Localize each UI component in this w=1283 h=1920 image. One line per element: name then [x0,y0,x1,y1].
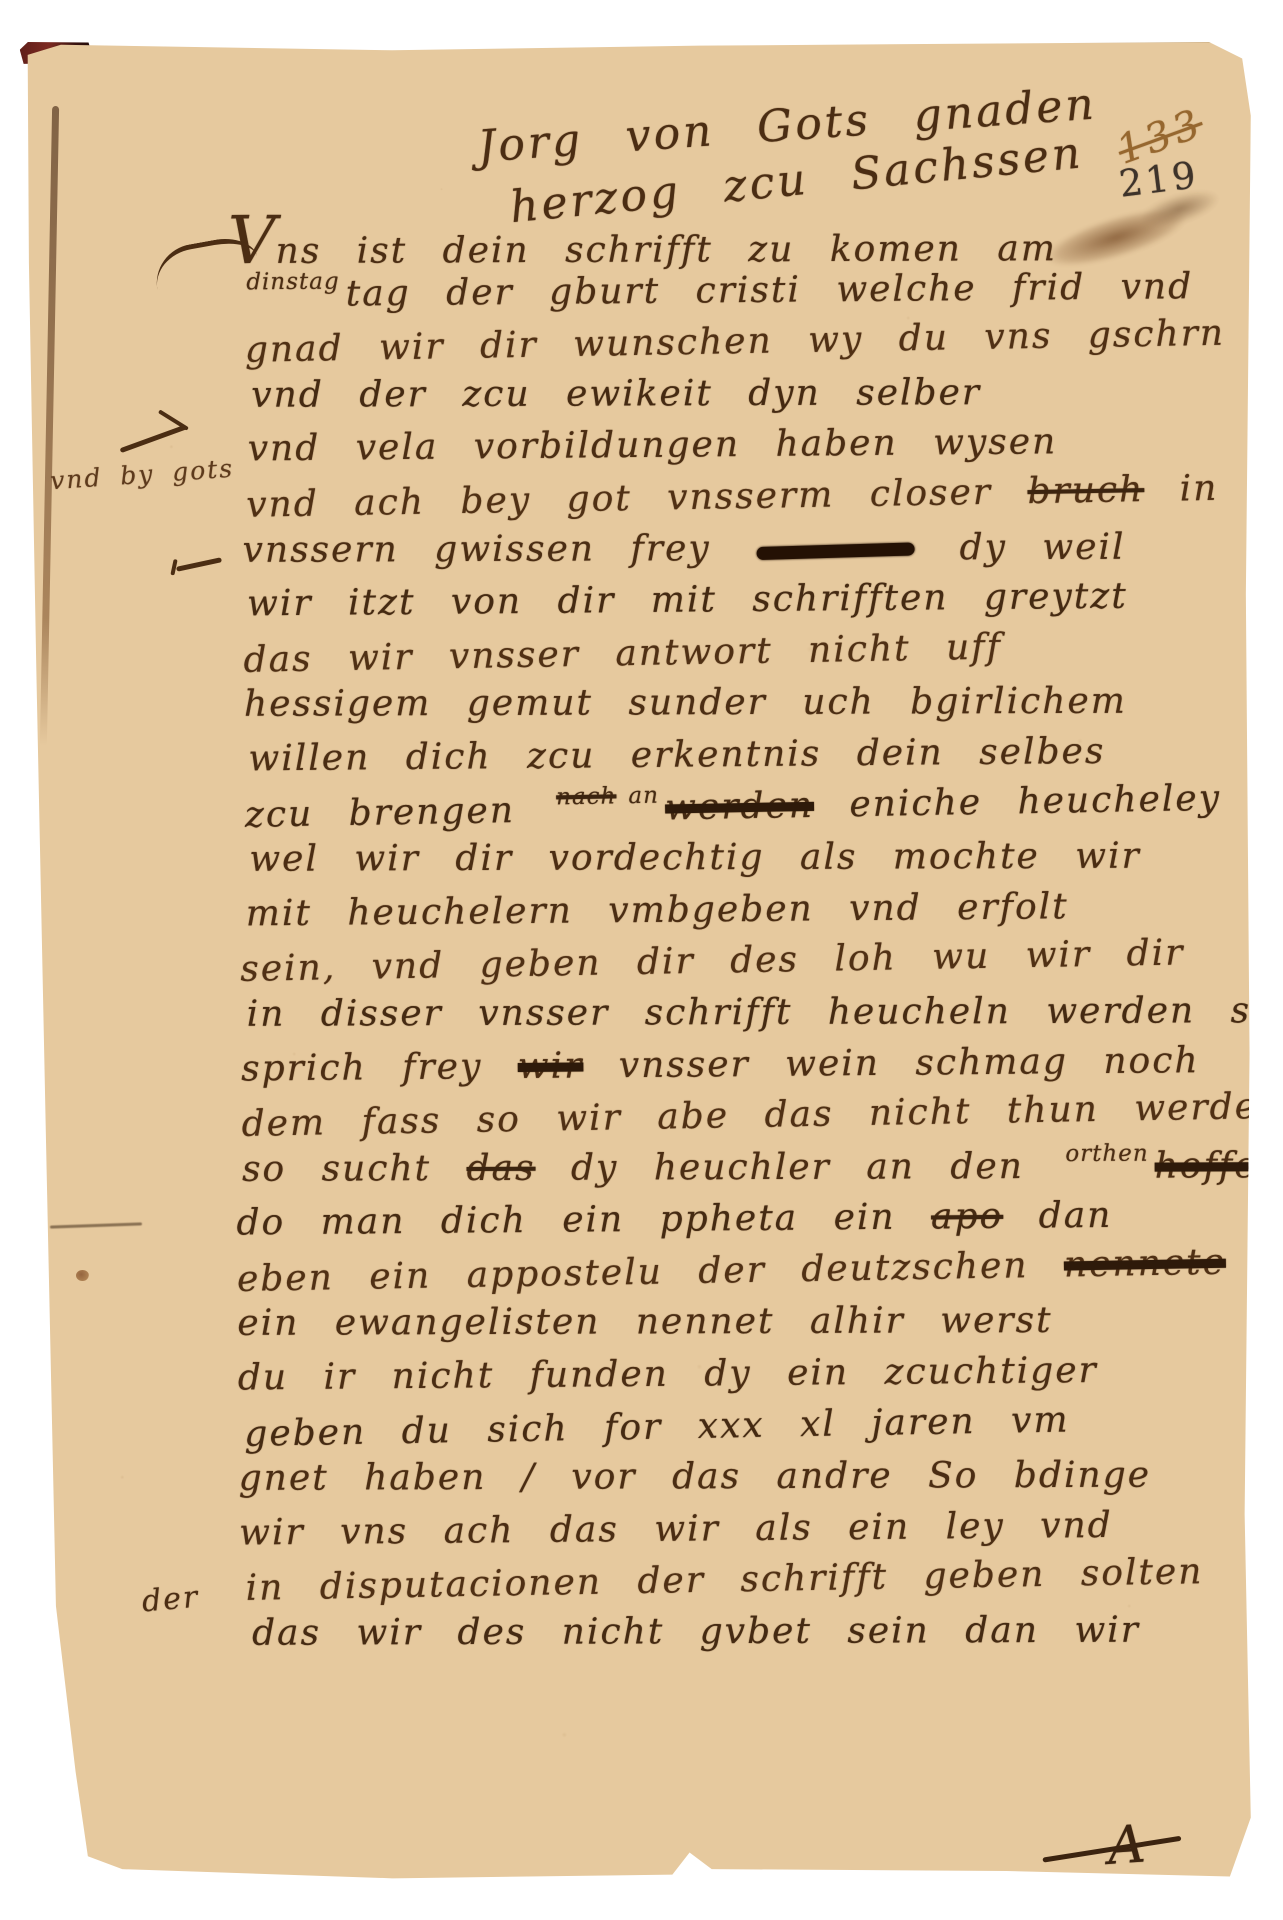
interlinear-insertion: an [628,795,659,796]
scan-background: Jorg von Gots gnaden herzog zcu Sachssen… [0,0,1283,1920]
struck-text: werden [665,784,815,828]
handwritten-text: vnd ach bey got vnsserm closer [246,471,1028,526]
handwritten-text: eben ein appostelu der deutzschen [237,1244,1065,1299]
handwritten-text: gnet haben / vor das andre So bdinge [239,1455,1151,1499]
handwritten-text: hessigem gemut sunder uch bgirlichem [244,681,1127,725]
text-line: gnet haben / vor das andre So bdinge [239,1450,1257,1505]
handwritten-text: sprich frey [241,1046,518,1089]
handwritten-text: zcu brengen [245,789,551,835]
handwritten-text: geben du sich for xxx xl jaren vm [244,1399,1070,1454]
text-line: ein ewangelisten nennet alhir werst [237,1295,1255,1350]
handwritten-text: gnad wir dir wunschen wy du vns gschrn [245,313,1226,371]
interlinear-insertion: dinstag [246,281,339,282]
text-line: vnssern gwissen frey dy weil [243,521,1249,576]
text-line: hessigem gemut sunder uch bgirlichem [244,676,1250,731]
edge-stain [1260,986,1274,1044]
handwritten-text: ein ewangelisten nennet alhir werst [237,1300,1052,1344]
handwritten-text: mit heuchelern vmbgeben vnd erfolt [246,886,1069,934]
foxing-stain [76,1270,89,1281]
text-line: wel wir dir vordechtig als mochte wir [249,830,1251,885]
handwritten-text: do man dich ein ppheta ein [236,1197,931,1244]
handwritten-text: dan [1003,1195,1112,1237]
handwritten-text: das wir vnsser antwort nicht uff [243,626,1002,680]
handwritten-text: du ir nicht funden dy ein zcuchtiger [238,1350,1098,1399]
quire-mark-letter: A [1106,1814,1148,1876]
handwritten-text: vnssern gwissen frey [243,528,747,571]
struck-text: hoffen [1155,1145,1283,1186]
struck-text: nennete [1064,1242,1227,1286]
text-line: in disser vnsser schrifft heucheln werde… [247,985,1253,1040]
struck-text: das [466,1147,535,1188]
main-text-block: Vns ist dein schrifft zu komen amdinstag… [18,209,1259,1664]
handwritten-text: tag der gburt cristi welche frid vnd [346,266,1194,314]
handwritten-text: vnd vela vorbildungen haben wysen [248,422,1058,470]
manuscript-page: Jorg von Gots gnaden herzog zcu Sachssen… [24,42,1252,1882]
handwritten-text: in disputacionen der schrifft geben solt… [245,1552,1203,1610]
handwritten-text: eniche heucheley dy [814,776,1283,826]
handwritten-text: ns ist dein schrifft zu komen am [276,228,1057,272]
handwritten-text: in [1144,468,1219,510]
handwritten-text: dy heuchler an den [535,1146,1059,1189]
text-line: vnd der zcu ewikeit dyn selber [251,366,1247,421]
handwritten-text: das wir des nicht gvbet sein dan wir [252,1610,1140,1654]
text-line: Vns ist dein schrifft zu komen am [150,212,1246,267]
letter-header: Jorg von Gots gnaden herzog zcu Sachssen [476,78,1102,227]
text-line: das wir des nicht gvbet sein dan wir [252,1604,1258,1659]
handwritten-text: willen dich zcu erkentnis dein selbes [248,731,1105,779]
handwritten-text: wir itzt von dir mit schrifften greytzt [247,576,1128,625]
handwritten-text: so sucht [242,1148,467,1190]
handwritten-text: sein, vnd geben dir des loh wu wir dir [240,933,1185,990]
handwritten-text: dy weil [924,526,1126,568]
handwritten-text: wel wir dir vordechtig als mochte wir [249,836,1141,880]
handwritten-text: in disser vnsser schrifft heucheln werde… [247,990,1275,1035]
redacted-word [756,541,914,559]
handwritten-text: wir vns ach das wir als ein ley vnd [239,1505,1113,1554]
handwritten-text: vnd der zcu ewikeit dyn selber [251,372,981,416]
struck-text: nach [556,796,616,797]
handwritten-text: vnsser wein schmag noch [583,1040,1200,1086]
struck-text: apo [931,1196,1004,1238]
struck-text: wir [518,1045,584,1087]
text-line: so sucht das dy heuchler an den orthenho… [242,1140,1254,1195]
quire-signature-mark: A [1039,1805,1204,1896]
struck-text: bruch [1027,469,1144,512]
handwritten-text: dem fass so wir abe das nicht thun werde [241,1086,1258,1145]
